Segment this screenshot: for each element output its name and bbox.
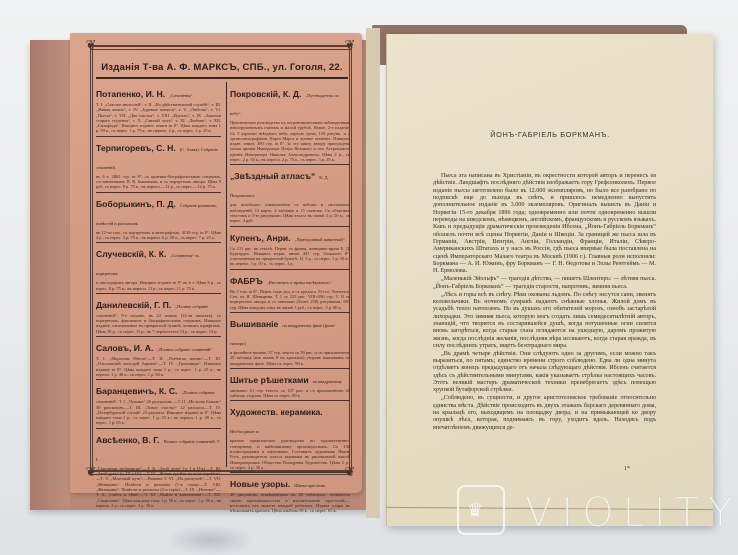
ad-entry-subtitle: Необходимое и	[230, 429, 259, 434]
paragraph: „Лѣсъ и горы всѣ въ снѣгу. Рѣки окованы …	[433, 292, 656, 351]
ad-entry: Новые узоры. Шитье крестомъ. 40 рисунков…	[230, 473, 350, 515]
header-rule	[96, 77, 348, 79]
ad-entry-body: краткое практическое руководство по худо…	[230, 438, 350, 470]
page-stack-edge	[366, 28, 380, 518]
back-board-edge	[30, 40, 70, 510]
ad-entry-title: Новые узоры.	[230, 479, 290, 489]
watermark-text: VIOLITY	[525, 490, 738, 536]
ad-entry-subtitle: „Сочиненія“.	[169, 93, 193, 98]
ad-entry-title: Покровскій, К. Д.	[230, 89, 301, 99]
ad-entry-body: и автографомъ автора. Изящное изданіе in…	[96, 280, 221, 291]
ad-entry-title: Художеств. керамика.	[230, 407, 323, 417]
ad-entry-body: митканю. 61 стр. текста, съ 107 рис. и с…	[230, 388, 350, 399]
ornament-corner-icon: ❦	[343, 38, 357, 52]
ad-entry: Боборыкинъ, П. Д. Собраніе романовъ, пов…	[96, 193, 221, 244]
page-body: Пьеса эта написана въ Христіаніи, въ окр…	[433, 173, 656, 433]
ad-entry: Случевскій, К. К. „Сочиненія“ съ портрет…	[96, 243, 221, 294]
ad-entry-subtitle: „Полное собраніе	[175, 304, 208, 309]
ad-entry: Саловъ, И. А. „Полное собраніе сочиненій…	[96, 337, 221, 380]
ad-entry-body: для всеобщаго ознакомленія съ небомъ и с…	[230, 202, 350, 223]
ad-entry: Авсѣенко, В. Г. Полное собраніе сочинені…	[96, 429, 221, 510]
ad-entry-subtitle: „Причудливый животный“.	[295, 237, 346, 242]
ad-entry-subtitle: по квадратному	[313, 379, 342, 384]
ad-entry-title: Данилевскій, Г. П.	[96, 300, 171, 310]
ad-entry-title: Боборыкинъ, П. Д.	[96, 199, 176, 209]
ad-entry: Баранцевичъ, К. С. „Полное собраніе сочи…	[96, 380, 221, 428]
ad-entry-subtitle: „Полное собраніе	[181, 390, 214, 395]
table-shadow	[165, 525, 255, 555]
ad-entry-body: и филейное вязаніе. 37 стр. текста съ 59…	[230, 350, 350, 366]
ad-entry: Купенъ, Анри. „Причудливый животный“. Съ…	[230, 227, 350, 270]
signature-mark: 1*	[624, 466, 630, 472]
ad-entry: „Звѣздный атласъ“ К. Д. Покровскаго, для…	[230, 165, 350, 226]
crown-icon: ♛	[467, 500, 483, 521]
ad-entry: Данилевскій, Г. П. „Полное собраніе сочи…	[96, 294, 221, 337]
ad-entry-body: сочиненій“. 9-е изданіе, въ 24 томахъ (1…	[96, 313, 221, 334]
paragraph: „Въ драмѣ четыре дѣйствія. Они слѣдуютъ …	[433, 351, 656, 395]
ad-entry: Потапенко, И. Н. „Сочиненія“. Т. I. „Сча…	[96, 83, 221, 137]
ad-entry: Терпигоревъ, С. Н. (С. Атава). Собраніе …	[96, 137, 221, 193]
paragraph: „Соблюдено, въ сущности, и другое аристо…	[433, 395, 656, 432]
ad-entry-subtitle: „Инстинктъ и нравы насѣкомыхъ“.	[267, 280, 332, 285]
ad-entry-body: въ 6 т. 2862 стр. in 8°, съ критико-біог…	[96, 174, 221, 190]
ad-entry-title: Саловъ, И. А.	[96, 343, 153, 353]
ad-entry-title: Купенъ, Анри.	[230, 233, 291, 243]
column-divider	[226, 82, 227, 467]
ad-entry-title: ФАБРЪ	[230, 276, 263, 286]
ad-entry-body: Т. I. „Счастье имоголей“, т. II. „На дѣй…	[96, 102, 221, 134]
book-photo: ❦ ❦ ❦ ❦ Изданія Т-ва А. Ф. МАРКСЪ, СПБ.,…	[0, 0, 738, 555]
ad-entry-subtitle: „Полное собраніе сочиненій“.	[157, 347, 213, 352]
page-title: ЙОНЪ-ГАБРІЕЛЬ БОРКМАНЪ.	[400, 130, 700, 139]
paragraph: „Маленькій Эйольфъ“ — трагедія дѣтства, …	[433, 276, 656, 291]
ad-entry-body: Практическое руководство къ астрономичес…	[230, 120, 350, 162]
ad-entry: Шитье рѣшетками по квадратному митканю. …	[230, 369, 350, 402]
ad-entry-subtitle: Шитье крестомъ.	[294, 483, 326, 488]
ad-entry-title: Баранцевичъ, К. С.	[96, 386, 177, 396]
ad-entry: Покровскій, К. Д. „Путеводитель по небу“…	[230, 83, 350, 165]
ad-entry-body: Т. I. „Морозова Ѳёкла“.—Т. II. „Разбитая…	[96, 356, 221, 377]
ad-entry-body: 40 рисунковъ, помѣщенныхъ на 20 таблицах…	[230, 492, 350, 513]
ad-entry-title: Случевскій, К. К.	[96, 249, 166, 259]
paragraph: Пьеса эта написана въ Христіаніи, въ окр…	[433, 173, 656, 276]
ad-entry: Вышиваніе по квадратному филе (филе-гипю…	[230, 313, 350, 369]
ad-entry-title: „Звѣздный атласъ“	[230, 171, 315, 181]
ad-column-right: Покровскій, К. Д. „Путеводитель по небу“…	[230, 83, 350, 515]
ad-entry-body: „Скромныя любимицы“.—Т. II. „Злой духъ“ …	[96, 466, 221, 508]
ad-entry-body: въ 12-ти том., съ портретомъ и автографо…	[96, 230, 221, 241]
publisher-header: Изданія Т-ва А. Ф. МАРКСЪ, СПБ., ул. Гог…	[96, 62, 348, 73]
ad-entry-title: Вышиваніе	[230, 319, 278, 329]
ad-column-left: Потапенко, И. Н. „Сочиненія“. Т. I. „Сча…	[96, 83, 221, 510]
frame-top-bar	[90, 45, 352, 50]
ad-entry-body: сочиненій“. Т. I. „Чужаки“ 26 разсказовъ…	[96, 399, 221, 425]
ad-entry: Художеств. керамика. Необходимое и кратк…	[230, 401, 350, 473]
ad-entry-body: Въ 2 том. in 8°. Перев. подъ ред. и съ п…	[230, 289, 350, 310]
ornament-corner-icon: ❦	[84, 38, 98, 52]
ad-entry: ФАБРЪ „Инстинктъ и нравы насѣкомыхъ“. Въ…	[230, 270, 350, 313]
ad-entry-body: Съ 211 рис. въ текстѣ. Перев. съ франц. …	[230, 246, 350, 267]
ad-entry-title: Авсѣенко, В. Г.	[96, 435, 159, 445]
ad-entry-title: Шитье рѣшетками	[230, 375, 309, 385]
ad-entry-title: Потапенко, И. Н.	[96, 89, 165, 99]
ad-entry-title: Терпигоревъ, С. Н.	[96, 143, 176, 153]
